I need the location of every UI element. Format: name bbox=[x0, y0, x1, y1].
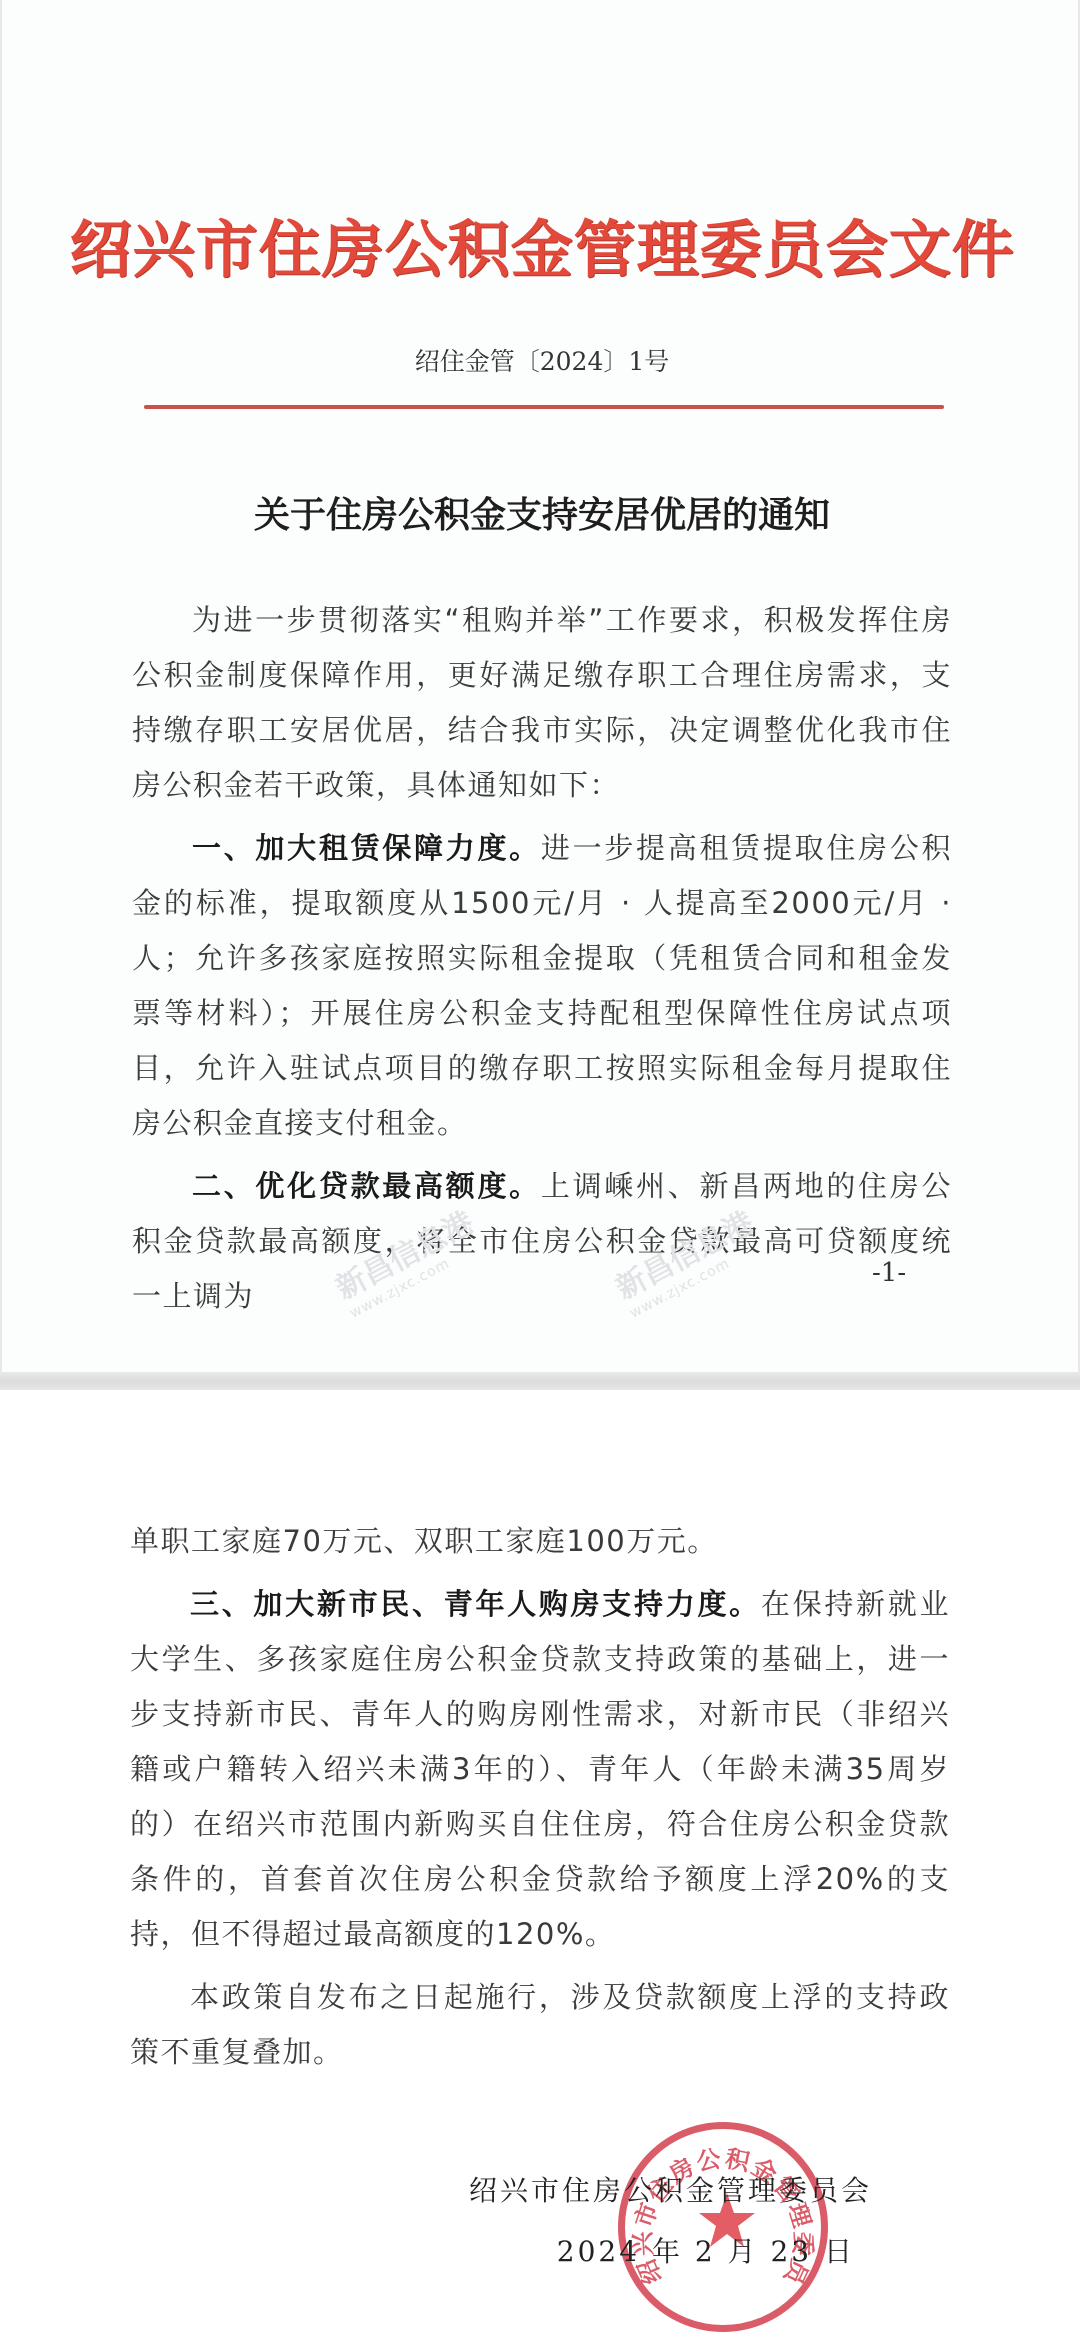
document-number: 绍住金管〔2024〕1号 bbox=[2, 342, 1080, 378]
section-2-paragraph: 二、优化贷款最高额度。上调嵊州、新昌两地的住房公积金贷款最高额度，将全市住房公积… bbox=[132, 1159, 952, 1324]
document-page-1: 绍兴市住房公积金管理委员会文件 绍住金管〔2024〕1号 关于住房公积金支持安居… bbox=[0, 0, 1080, 1372]
signature-organization: 绍兴市住房公积金管理委员会 bbox=[0, 2169, 1080, 2209]
section-3-body: 在保持新就业大学生、多孩家庭住房公积金贷款支持政策的基础上，进一步支持新市民、青… bbox=[130, 1587, 950, 1951]
section-1-heading: 一、加大租赁保障力度。 bbox=[192, 831, 541, 865]
official-seal-stamp: 绍兴市住房公积金管理委员会 bbox=[618, 2122, 828, 2332]
notice-title: 关于住房公积金支持安居优居的通知 bbox=[2, 487, 1080, 538]
section-3-paragraph: 三、加大新市民、青年人购房支持力度。在保持新就业大学生、多孩家庭住房公积金贷款支… bbox=[130, 1577, 950, 1962]
section-2-continued: 单职工家庭70万元、双职工家庭100万元。 bbox=[130, 1514, 950, 1569]
section-1-body: 进一步提高租赁提取住房公积金的标准，提取额度从1500元/月 · 人提高至200… bbox=[132, 831, 952, 1140]
signature-date: 2024 年 2 月 23 日 bbox=[0, 2230, 1080, 2270]
section-2-heading: 二、优化贷款最高额度。 bbox=[192, 1169, 541, 1203]
page-number: -1- bbox=[872, 1258, 906, 1288]
red-divider-line bbox=[144, 405, 944, 409]
intro-paragraph: 为进一步贯彻落实“租购并举”工作要求，积极发挥住房公积金制度保障作用，更好满足缴… bbox=[132, 593, 952, 813]
body-text-page-1: 为进一步贯彻落实“租购并举”工作要求，积极发挥住房公积金制度保障作用，更好满足缴… bbox=[132, 593, 952, 1332]
body-text-page-2: 单职工家庭70万元、双职工家庭100万元。 三、加大新市民、青年人购房支持力度。… bbox=[130, 1514, 950, 2088]
page-separator bbox=[0, 1372, 1080, 1390]
red-header-title: 绍兴市住房公积金管理委员会文件 bbox=[2, 200, 1080, 289]
closing-paragraph: 本政策自发布之日起施行，涉及贷款额度上浮的支持政策不重复叠加。 bbox=[130, 1970, 950, 2080]
section-3-heading: 三、加大新市民、青年人购房支持力度。 bbox=[190, 1587, 761, 1621]
section-1-paragraph: 一、加大租赁保障力度。进一步提高租赁提取住房公积金的标准，提取额度从1500元/… bbox=[132, 821, 952, 1151]
